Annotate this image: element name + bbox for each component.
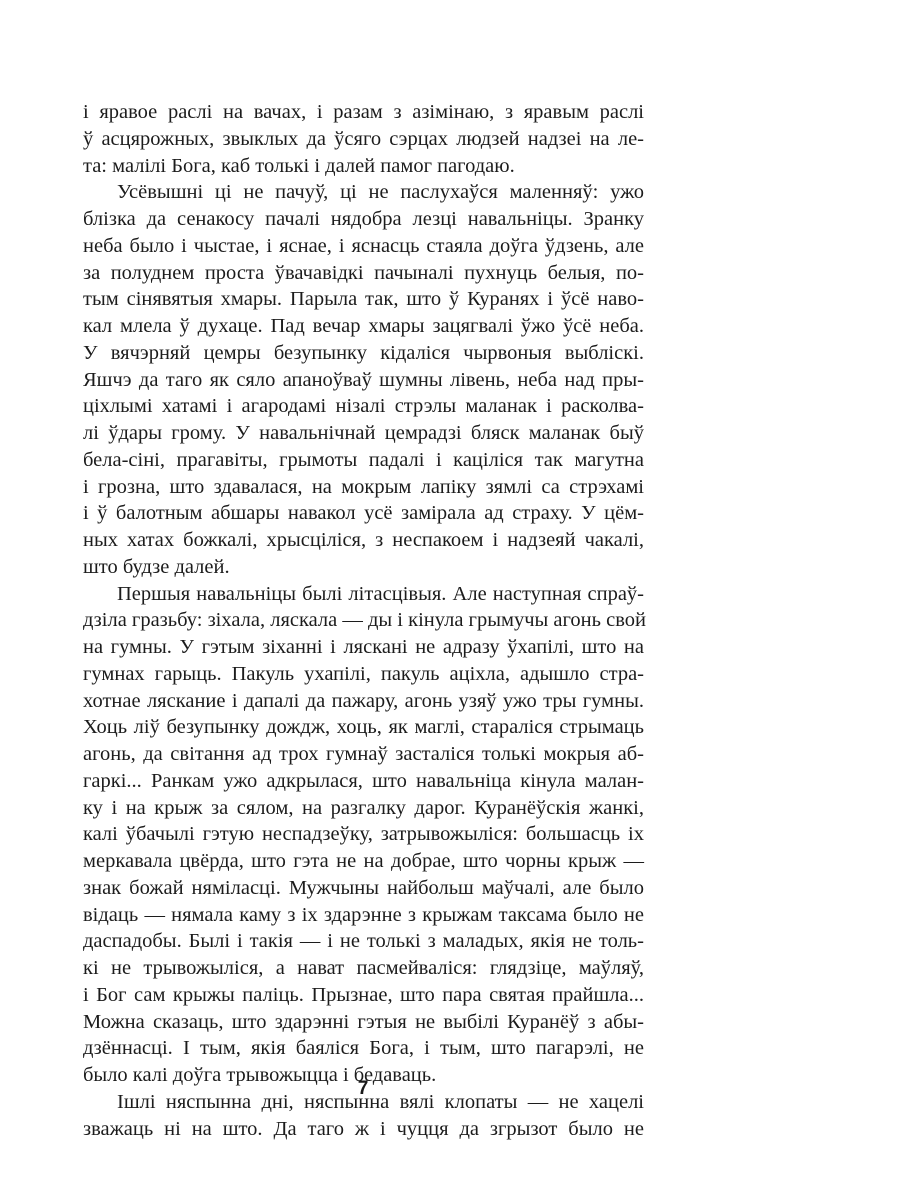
text-line: агонь, да світання ад трох гумнаў застал… xyxy=(83,741,644,768)
text-line: меркавала цвёрда, што гэта не на добрае,… xyxy=(83,848,644,875)
text-line: лі ўдары грому. У навальнічнай цемрадзі … xyxy=(83,420,644,447)
text-line: Усёвышні ці не пачуў, ці не паслухаўся м… xyxy=(83,179,644,206)
text-line: бела-сіні, прагавіты, грымоты падалі і к… xyxy=(83,447,644,474)
text-line: гаркі... Ранкам ужо адкрылася, што навал… xyxy=(83,768,644,795)
text-line: і грозна, што здавалася, на мокрым лапік… xyxy=(83,474,644,501)
text-line: ціхлымі хатамі і агародамі нізалі стрэлы… xyxy=(83,393,644,420)
text-line: гумнах гарыць. Пакуль ухапілі, пакуль ац… xyxy=(83,661,644,688)
text-line: Першыя навальніцы былі літасцівыя. Але н… xyxy=(83,581,644,608)
text-line: зважаць ні на што. Да таго ж і чуцця да … xyxy=(83,1116,644,1143)
body-text: і яравое раслі на вачах, і разам з азімі… xyxy=(83,99,644,1142)
text-line: Яшчэ да таго як сяло апаноўваў шумны лів… xyxy=(83,367,644,394)
paragraph: і яравое раслі на вачах, і разам з азімі… xyxy=(83,99,644,179)
text-line: блізка да сенакосу пачалі нядобра лезці … xyxy=(83,206,644,233)
text-line: і яравое раслі на вачах, і разам з азімі… xyxy=(83,99,644,126)
page-number: 7 xyxy=(0,1078,726,1100)
text-line: за полуднем проста ўвачавідкі пачыналі п… xyxy=(83,260,644,287)
text-line: дзіла гразьбу: зіхала, ляскала — ды і кі… xyxy=(83,607,644,634)
book-page: і яравое раслі на вачах, і разам з азімі… xyxy=(0,0,900,1200)
text-line: У вячэрняй цемры безупынку кідаліся чырв… xyxy=(83,340,644,367)
text-line: відаць — нямала каму з іх здарэнне з кры… xyxy=(83,902,644,929)
text-line: та: малілі Бога, каб толькі і далей памо… xyxy=(83,153,644,180)
text-line: ў асцярожных, звыклых да ўсяго сэрцах лю… xyxy=(83,126,644,153)
paragraph: Усёвышні ці не пачуў, ці не паслухаўся м… xyxy=(83,179,644,580)
text-line: хотнае ляскание і дапалі да пажару, агон… xyxy=(83,688,644,715)
text-line: на гумны. У гэтым зіханні і ляскані не а… xyxy=(83,634,644,661)
text-line: Хоць ліў безупынку дождж, хоць, як маглі… xyxy=(83,714,644,741)
text-line: тым сінявятыя хмары. Парыла так, што ў К… xyxy=(83,286,644,313)
text-line: кі не трывожыліся, а нават пасмейваліся:… xyxy=(83,955,644,982)
text-line: і ў балотным абшары навакол усё замірала… xyxy=(83,500,644,527)
text-line: і Бог сам крыжы паліць. Прызнае, што пар… xyxy=(83,982,644,1009)
text-line: кал млела ў духаце. Пад вечар хмары заця… xyxy=(83,313,644,340)
text-line: даспадобы. Былі і такія — і не толькі з … xyxy=(83,928,644,955)
text-line: што будзе далей. xyxy=(83,554,644,581)
text-line: неба было і чыстае, і яснае, і яснасць с… xyxy=(83,233,644,260)
text-line: Можна сказаць, што здарэнні гэтыя не выб… xyxy=(83,1009,644,1036)
text-line: знак божай няміласці. Мужчыны найбольш м… xyxy=(83,875,644,902)
text-line: ку і на крыж за сялом, на разгалку дарог… xyxy=(83,795,644,822)
paragraph: Першыя навальніцы былі літасцівыя. Але н… xyxy=(83,581,644,1089)
text-line: дзённасці. І тым, якія баяліся Бога, і т… xyxy=(83,1035,644,1062)
text-line: ных хатах божкалі, хрысціліся, з неспако… xyxy=(83,527,644,554)
text-line: калі ўбачылі гэтую неспадзеўку, затрывож… xyxy=(83,821,644,848)
